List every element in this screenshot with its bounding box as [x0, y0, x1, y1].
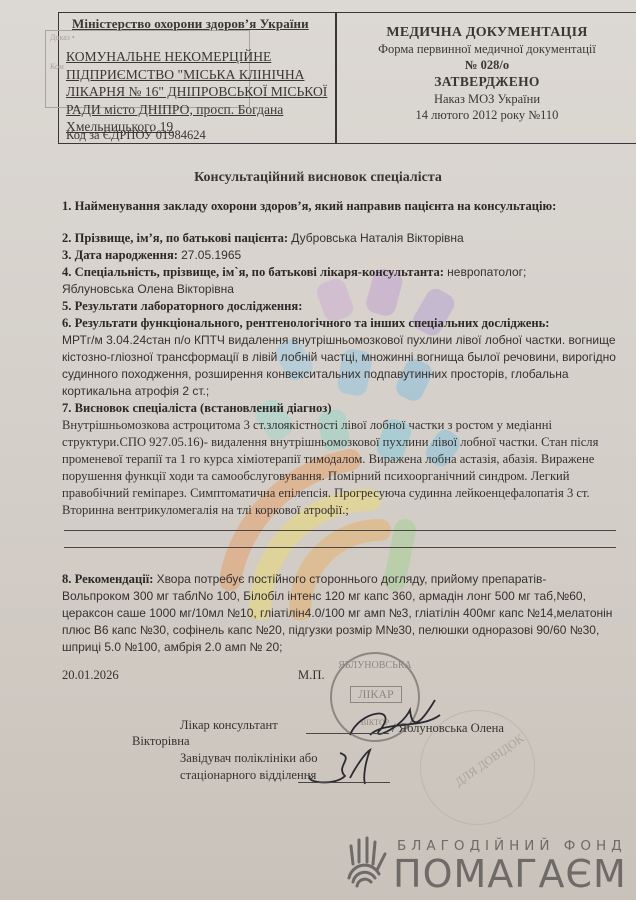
organization-name: КОМУНАЛЬНЕ НЕКОМЕРЦІЙНЕ ПІДПРИЄМСТВО "МІ…	[66, 48, 336, 136]
organization-text: КОМУНАЛЬНЕ НЕКОМЕРЦІЙНЕ ПІДПРИЄМСТВО "МІ…	[66, 49, 327, 134]
doctor-signature-icon	[340, 690, 450, 750]
section-6-label: 6. Результати функціонального, рентгенол…	[62, 316, 550, 330]
section-3-label: 3. Дата народження:	[62, 248, 178, 262]
section-8-label: 8. Рекомендації:	[62, 572, 153, 586]
approved-label: ЗАТВЕРДЖЕНО	[337, 73, 636, 91]
signature-line	[306, 733, 389, 734]
section-1: 1. Найменування закладу охорони здоров’я…	[62, 198, 617, 215]
seal-label: М.П.	[298, 668, 325, 683]
section-8: 8. Рекомендації: Хвора потребує постійно…	[62, 571, 617, 656]
recommendations-block: 8. Рекомендації: Хвора потребує постійно…	[62, 571, 617, 656]
edrpou-code: Код за ЄДРПОУ 01984624	[66, 128, 206, 143]
document-title: Консультаційний висновок спеціаліста	[0, 170, 636, 186]
ministry-name: Міністерство охорони здоров’я України	[72, 16, 309, 32]
conclusion-date: 20.01.2026	[62, 668, 119, 683]
blank-line	[64, 547, 616, 548]
section-7: 7. Висновок спеціаліста (встановлений ді…	[62, 400, 617, 519]
form-title: МЕДИЧНА ДОКУМЕНТАЦІЯ	[337, 24, 636, 41]
section-1-label: 1. Найменування закладу охорони здоров’я…	[62, 199, 556, 213]
form-subtitle: Форма первинної медичної документації	[337, 41, 636, 57]
section-5-label: 5. Результати лабораторного дослідження:	[62, 299, 302, 313]
patient-name: Дубровська Наталія Вікторівна	[291, 231, 463, 245]
section-7-label: 7. Висновок спеціаліста (встановлений ді…	[62, 401, 332, 415]
section-2-label: 2. Прізвище, ім’я, по батькові пацієнта:	[62, 231, 288, 245]
doctor-name-continued: Вікторівна	[132, 734, 190, 749]
brand-name: ПОМАГАЄМ	[393, 852, 627, 896]
order-label: Наказ МОЗ України	[337, 91, 636, 107]
section-3: 3. Дата народження: 27.05.1965	[62, 247, 617, 264]
blank-line	[64, 530, 616, 531]
section-6: 6. Результати функціонального, рентгенол…	[62, 315, 617, 400]
doctor-label: Лікар консультант	[180, 718, 278, 733]
section-2: 2. Прізвище, ім’я, по батькові пацієнта:…	[62, 230, 617, 247]
form-number: № 028/о	[337, 57, 636, 73]
order-date: 14 лютого 2012 року №110	[337, 107, 636, 123]
diagnosis: Внутрішньомозкова астроцитома 3 ст.злояк…	[62, 418, 598, 517]
document-body: 1. Найменування закладу охорони здоров’я…	[62, 198, 617, 519]
section-5: 5. Результати лабораторного дослідження:	[62, 298, 617, 315]
faint-stamp-line: Доказ •	[50, 33, 245, 42]
doctor-name: / Яблуновська Олена	[392, 721, 504, 736]
exam-results: МРТг/м 3.04.24стан п/о КПТЧ видалення вн…	[62, 333, 616, 398]
head-label-line1: Завідувач поліклініки або	[180, 751, 318, 766]
stamp2-text: ДЛЯ ДОВІДОК	[452, 731, 527, 790]
birth-date: 27.05.1965	[181, 248, 241, 262]
specialty: невропатолог;	[447, 265, 526, 279]
consultant-name: Яблуновська Олена Вікторівна	[62, 282, 234, 296]
form-info-block: МЕДИЧНА ДОКУМЕНТАЦІЯ Форма первинної мед…	[337, 24, 636, 123]
section-4: 4. Спеціальність, прізвище, ім`я, по бат…	[62, 264, 617, 298]
stamp-text: ЯБЛУНОВСЬКА	[332, 660, 418, 671]
head-label-line2: стаціонарного відділення	[180, 768, 316, 783]
hand-logo-icon	[345, 834, 389, 894]
section-4-label: 4. Спеціальність, прізвище, ім`я, по бат…	[62, 265, 444, 279]
